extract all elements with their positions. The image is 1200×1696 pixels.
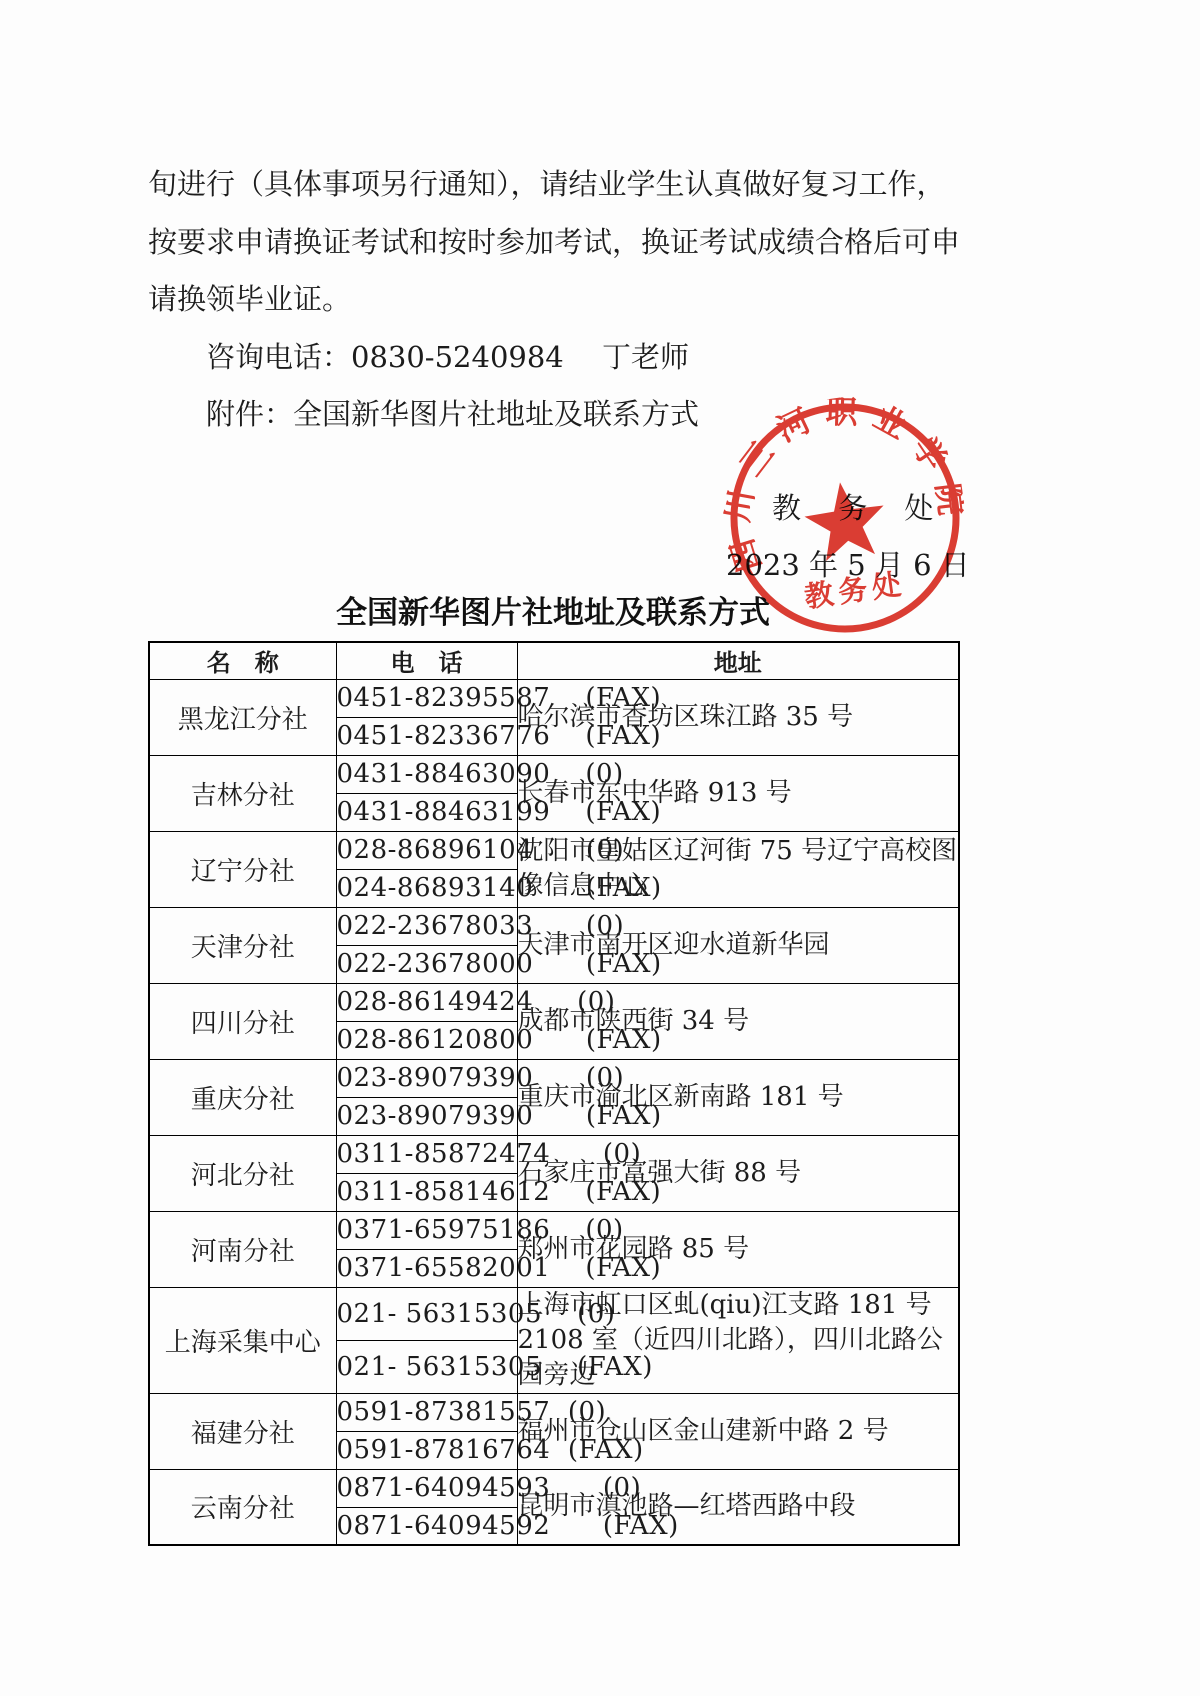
branch-name-cell: 吉林分社 bbox=[149, 755, 336, 831]
branch-name-cell: 重庆分社 bbox=[149, 1059, 336, 1135]
branch-phone-cell: 0371-65975186 (0) bbox=[336, 1211, 517, 1249]
table-row: 上海采集中心 021- 56315305 (0) 上海市虹口区虬(qiu)江支路… bbox=[149, 1287, 959, 1340]
branch-name-cell: 河南分社 bbox=[149, 1211, 336, 1287]
table-title: 全国新华图片社地址及联系方式 bbox=[148, 592, 958, 634]
table-row: 天津分社 022-23678033 (0) 天津市南开区迎水道新华园 bbox=[149, 907, 959, 945]
table-row: 四川分社 028-86149424 (0) 成都市陕西街 34 号 bbox=[149, 983, 959, 1021]
column-header-name: 名 称 bbox=[149, 642, 336, 680]
branch-phone-cell: 0451-82395587 (FAX) bbox=[336, 679, 517, 717]
branch-phone-cell: 022-23678000 (FAX) bbox=[336, 945, 517, 983]
column-header-phone: 电 话 bbox=[336, 642, 517, 680]
branch-phone-cell: 028-86120800 (FAX) bbox=[336, 1021, 517, 1059]
column-header-address: 地址 bbox=[517, 642, 959, 680]
branch-phone-cell: 024-86893140 (FAX) bbox=[336, 869, 517, 907]
branch-phone-cell: 0311-85814612 (FAX) bbox=[336, 1173, 517, 1211]
branch-phone-cell: 0431-88463090 (0) bbox=[336, 755, 517, 793]
branch-phone-cell: 028-86149424 (0) bbox=[336, 983, 517, 1021]
contact-phone-line: 咨询电话：0830-5240984 丁老师 bbox=[148, 329, 958, 387]
branch-phone-cell: 0451-82336776 (FAX) bbox=[336, 717, 517, 755]
branch-name-cell: 四川分社 bbox=[149, 983, 336, 1059]
branch-phone-cell: 0371-65582001 (FAX) bbox=[336, 1249, 517, 1287]
branch-phone-cell: 021- 56315305 (0) bbox=[336, 1287, 517, 1340]
table-row: 重庆分社 023-89079390 (0) 重庆市渝北区新南路 181 号 bbox=[149, 1059, 959, 1097]
branch-name-cell: 辽宁分社 bbox=[149, 831, 336, 907]
branch-name-cell: 天津分社 bbox=[149, 907, 336, 983]
branch-phone-cell: 023-89079390 (FAX) bbox=[336, 1097, 517, 1135]
branch-contact-table: 名 称 电 话 地址 黑龙江分社 0451-82395587 (FAX) 哈尔滨… bbox=[148, 641, 960, 1547]
branch-phone-cell: 0871-64094592 (FAX) bbox=[336, 1507, 517, 1545]
branch-name-cell: 上海采集中心 bbox=[149, 1287, 336, 1393]
body-paragraph-line: 按要求申请换证考试和按时参加考试，换证考试成绩合格后可申 bbox=[148, 214, 958, 272]
branch-phone-cell: 0591-87816764 (FAX) bbox=[336, 1431, 517, 1469]
table-row: 吉林分社 0431-88463090 (0) 长春市东中华路 913 号 bbox=[149, 755, 959, 793]
branch-phone-cell: 028-86896104 (0) bbox=[336, 831, 517, 869]
attachment-line: 附件：全国新华图片社地址及联系方式 bbox=[148, 386, 958, 444]
body-paragraph-line: 请换领毕业证。 bbox=[148, 271, 958, 329]
branch-phone-cell: 021- 56315305 (FAX) bbox=[336, 1340, 517, 1393]
table-row: 河南分社 0371-65975186 (0) 郑州市花园路 85 号 bbox=[149, 1211, 959, 1249]
document-body: 旬进行（具体事项另行通知），请结业学生认真做好复习工作， 按要求申请换证考试和按… bbox=[0, 0, 958, 1546]
branch-phone-cell: 0431-88463199 (FAX) bbox=[336, 793, 517, 831]
table-header-row: 名 称 电 话 地址 bbox=[149, 642, 959, 680]
branch-name-cell: 黑龙江分社 bbox=[149, 679, 336, 755]
branch-phone-cell: 023-89079390 (0) bbox=[336, 1059, 517, 1097]
table-row: 福建分社 0591-87381557 (0) 福州市仓山区金山建新中路 2 号 bbox=[149, 1393, 959, 1431]
branch-name-cell: 云南分社 bbox=[149, 1469, 336, 1545]
branch-phone-cell: 0591-87381557 (0) bbox=[336, 1393, 517, 1431]
branch-phone-cell: 0871-64094593 (0) bbox=[336, 1469, 517, 1507]
table-row: 河北分社 0311-85872474 (0) 石家庄市富强大街 88 号 bbox=[149, 1135, 959, 1173]
branch-phone-cell: 022-23678033 (0) bbox=[336, 907, 517, 945]
document-page: 旬进行（具体事项另行通知），请结业学生认真做好复习工作， 按要求申请换证考试和按… bbox=[0, 0, 1200, 1696]
table-row: 黑龙江分社 0451-82395587 (FAX) 哈尔滨市香坊区珠江路 35 … bbox=[149, 679, 959, 717]
branch-phone-cell: 0311-85872474 (0) bbox=[336, 1135, 517, 1173]
table-row: 云南分社 0871-64094593 (0) 昆明市滇池路—红塔西路中段 bbox=[149, 1469, 959, 1507]
branch-name-cell: 福建分社 bbox=[149, 1393, 336, 1469]
body-paragraph-line: 旬进行（具体事项另行通知），请结业学生认真做好复习工作， bbox=[148, 156, 958, 214]
table-row: 辽宁分社 028-86896104 (0) 沈阳市皇姑区辽河街 75 号辽宁高校… bbox=[149, 831, 959, 869]
branch-name-cell: 河北分社 bbox=[149, 1135, 336, 1211]
signing-date: 2023 年 5 月 6 日 bbox=[726, 543, 970, 584]
signing-department: 教 务 处 bbox=[772, 486, 947, 527]
